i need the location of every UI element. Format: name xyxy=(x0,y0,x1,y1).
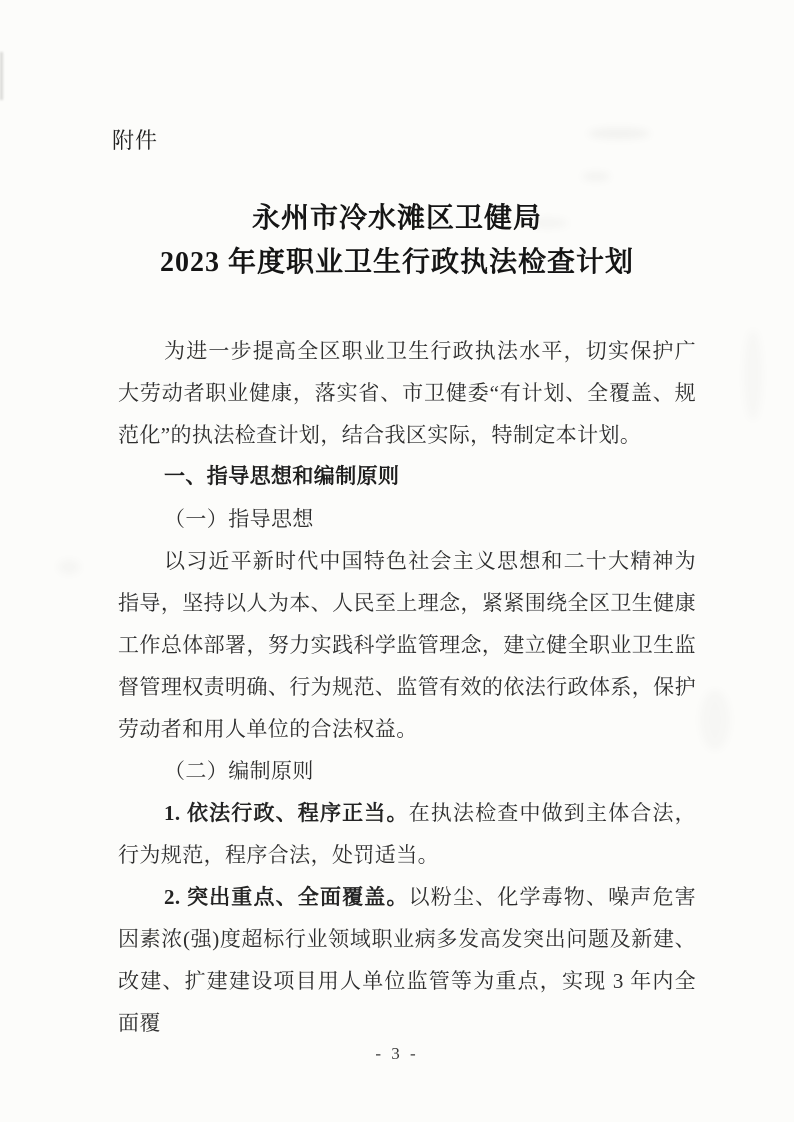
subsection-1-heading: （一）指导思想 xyxy=(118,498,696,540)
scan-edge-mark xyxy=(0,52,3,100)
intro-paragraph: 为进一步提高全区职业卫生行政执法水平，切实保护广大劳动者职业健康，落实省、市卫健… xyxy=(118,330,696,456)
document-page: 附件 永州市冷水滩区卫健局 2023 年度职业卫生行政执法检查计划 为进一步提高… xyxy=(0,0,794,1122)
principle-1-lead: 1. 依法行政、程序正当。 xyxy=(164,801,409,825)
section-1-heading: 一、指导思想和编制原则 xyxy=(118,456,696,498)
attachment-label: 附件 xyxy=(112,128,158,154)
title-line-1: 永州市冷水滩区卫健局 xyxy=(0,197,794,241)
subsection-2-heading: （二）编制原则 xyxy=(118,750,696,792)
document-title: 永州市冷水滩区卫健局 2023 年度职业卫生行政执法检查计划 xyxy=(0,197,794,285)
scan-artifact xyxy=(582,172,610,181)
page-number: - 3 - xyxy=(0,1044,794,1064)
document-body: 为进一步提高全区职业卫生行政执法水平，切实保护广大劳动者职业健康，落实省、市卫健… xyxy=(118,330,696,1044)
scan-artifact xyxy=(58,560,80,574)
principle-1-paragraph: 1. 依法行政、程序正当。在执法检查中做到主体合法，行为规范，程序合法，处罚适当… xyxy=(118,792,696,876)
guiding-ideology-paragraph: 以习近平新时代中国特色社会主义思想和二十大精神为指导，坚持以人为本、人民至上理念… xyxy=(118,540,696,750)
principle-2-paragraph: 2. 突出重点、全面覆盖。以粉尘、化学毒物、噪声危害因素浓(强)度超标行业领域职… xyxy=(118,876,696,1044)
scan-artifact xyxy=(744,330,762,420)
principle-2-lead: 2. 突出重点、全面覆盖。 xyxy=(164,885,409,909)
title-line-2: 2023 年度职业卫生行政执法检查计划 xyxy=(0,241,794,285)
scan-artifact xyxy=(588,128,650,139)
scan-artifact xyxy=(700,690,730,750)
